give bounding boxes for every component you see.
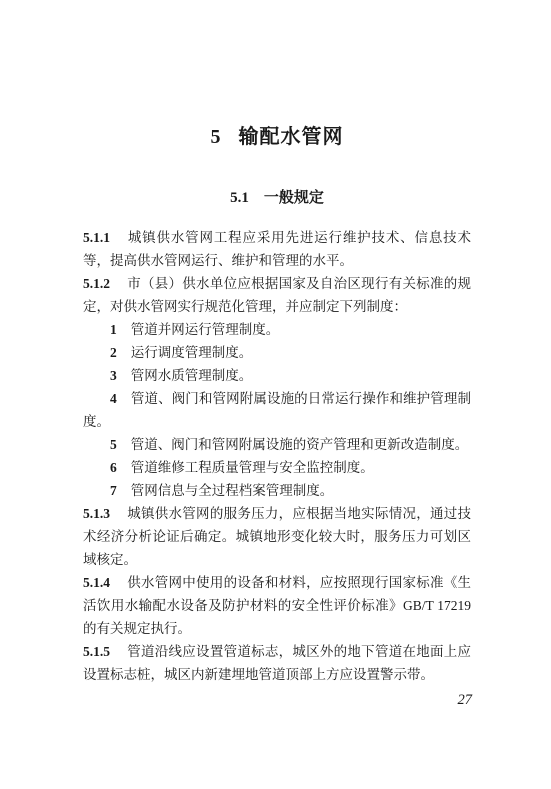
list-item-5: 5管道、阀门和管网附属设施的资产管理和更新改造制度。 bbox=[83, 433, 471, 456]
document-page: 5输配水管网 5.1一般规定 5.1.1城镇供水管网工程应采用先进运行维护技术、… bbox=[0, 0, 551, 789]
clause-5-1-4: 5.1.4供水管网中使用的设备和材料，应按照现行国家标准《生活饮用水输配水设备及… bbox=[83, 571, 471, 640]
chapter-heading: 5输配水管网 bbox=[83, 126, 471, 148]
page-number: 27 bbox=[458, 691, 473, 709]
list-item-number: 6 bbox=[110, 460, 117, 475]
clause-text: 城镇供水管网的服务压力，应根据当地实际情况，通过技术经济分析论证后确定。城镇地形… bbox=[83, 506, 471, 567]
list-item-number: 7 bbox=[110, 483, 117, 498]
list-item-text: 管网信息与全过程档案管理制度。 bbox=[131, 483, 334, 498]
list-item-number: 3 bbox=[110, 368, 117, 383]
list-item-text: 管道、阀门和管网附属设施的资产管理和更新改造制度。 bbox=[131, 437, 469, 452]
list-item-7: 7管网信息与全过程档案管理制度。 bbox=[83, 479, 471, 502]
clause-5-1-5: 5.1.5管道沿线应设置管道标志，城区外的地下管道在地面上应设置标志桩，城区内新… bbox=[83, 640, 471, 686]
clause-label: 5.1.3 bbox=[83, 506, 110, 521]
clause-text: 城镇供水管网工程应采用先进运行维护技术、信息技术等，提高供水管网运行、维护和管理… bbox=[83, 230, 471, 268]
clause-5-1-2: 5.1.2市（县）供水单位应根据国家及自治区现行有关标准的规定，对供水管网实行规… bbox=[83, 272, 471, 318]
list-item-text: 运行调度管理制度。 bbox=[131, 345, 253, 360]
section-body: 5.1.1城镇供水管网工程应采用先进运行维护技术、信息技术等，提高供水管网运行、… bbox=[83, 226, 471, 686]
clause-label: 5.1.4 bbox=[83, 575, 110, 590]
section-number: 5.1 bbox=[230, 190, 249, 206]
chapter-number: 5 bbox=[211, 126, 221, 148]
list-item-number: 1 bbox=[110, 322, 117, 337]
list-item-number: 2 bbox=[110, 345, 117, 360]
clause-label: 5.1.2 bbox=[83, 276, 110, 291]
clause-5-1-1: 5.1.1城镇供水管网工程应采用先进运行维护技术、信息技术等，提高供水管网运行、… bbox=[83, 226, 471, 272]
list-item-number: 5 bbox=[110, 437, 117, 452]
list-item-3: 3管网水质管理制度。 bbox=[83, 364, 471, 387]
clause-label: 5.1.5 bbox=[83, 644, 110, 659]
list-item-text: 管道并网运行管理制度。 bbox=[131, 322, 280, 337]
list-item-2: 2运行调度管理制度。 bbox=[83, 341, 471, 364]
list-item-number: 4 bbox=[110, 391, 117, 406]
list-item-text: 管道、阀门和管网附属设施的日常运行操作和维护管理制度。 bbox=[83, 391, 471, 429]
clause-text: 供水管网中使用的设备和材料，应按照现行国家标准《生活饮用水输配水设备及防护材料的… bbox=[83, 575, 471, 636]
list-item-6: 6管道维修工程质量管理与安全监控制度。 bbox=[83, 456, 471, 479]
list-item-text: 管网水质管理制度。 bbox=[131, 368, 253, 383]
clause-5-1-3: 5.1.3城镇供水管网的服务压力，应根据当地实际情况，通过技术经济分析论证后确定… bbox=[83, 502, 471, 571]
clause-label: 5.1.1 bbox=[83, 230, 110, 245]
section-title: 一般规定 bbox=[264, 190, 324, 206]
clause-text: 管道沿线应设置管道标志，城区外的地下管道在地面上应设置标志桩，城区内新建埋地管道… bbox=[83, 644, 471, 682]
list-item-1: 1管道并网运行管理制度。 bbox=[83, 318, 471, 341]
section-heading: 5.1一般规定 bbox=[83, 190, 471, 206]
list-item-4: 4管道、阀门和管网附属设施的日常运行操作和维护管理制度。 bbox=[83, 387, 471, 433]
page-content: 5输配水管网 5.1一般规定 5.1.1城镇供水管网工程应采用先进运行维护技术、… bbox=[83, 126, 471, 686]
list-item-text: 管道维修工程质量管理与安全监控制度。 bbox=[131, 460, 374, 475]
clause-text: 市（县）供水单位应根据国家及自治区现行有关标准的规定，对供水管网实行规范化管理，… bbox=[83, 276, 471, 314]
chapter-title: 输配水管网 bbox=[239, 126, 344, 148]
